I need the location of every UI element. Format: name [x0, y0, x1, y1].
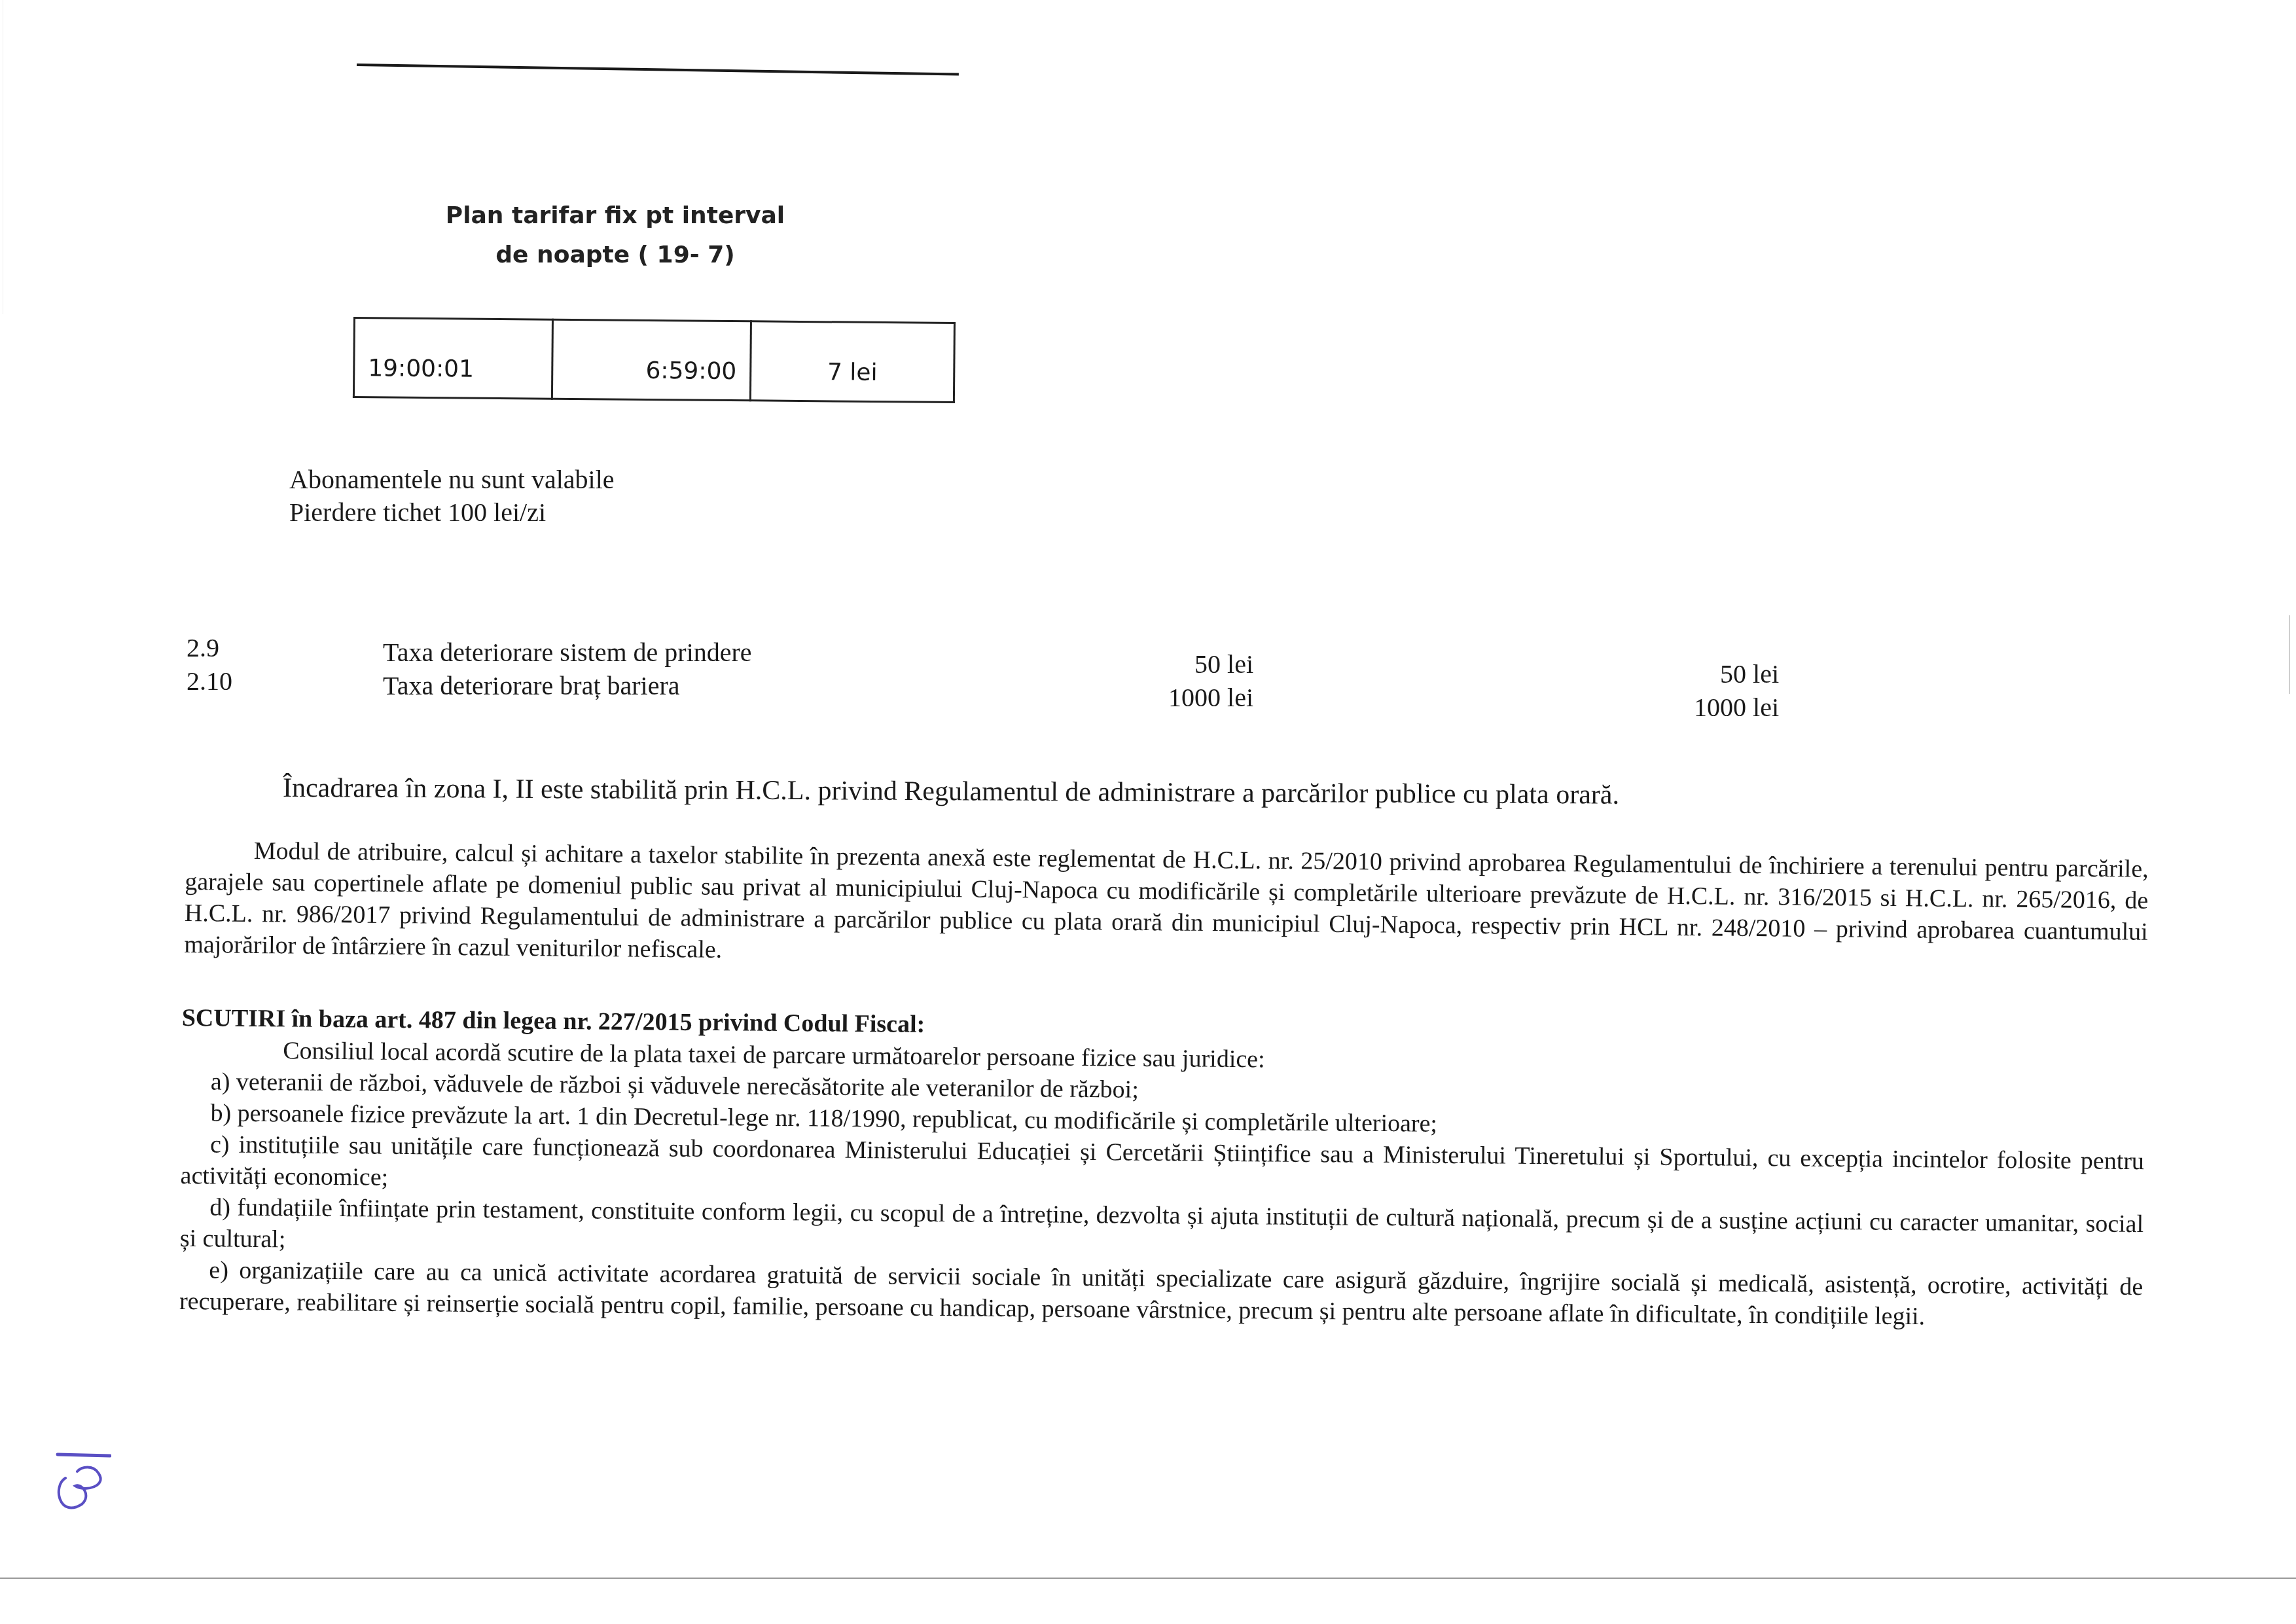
regulation-paragraph: Modul de atribuire, calcul și achitare a… [184, 835, 2149, 979]
fee-value-col2: 50 lei [1609, 658, 1779, 691]
zone-classification-text: Încadrarea în zona I, II este stabilită … [283, 772, 1619, 811]
fee-number: 2.10 [187, 665, 232, 698]
table-row: 19:00:01 6:59:00 7 lei [353, 318, 954, 403]
handwritten-page-number [46, 1447, 111, 1512]
regulation-text: Modul de atribuire, calcul și achitare a… [184, 835, 2149, 979]
fee-value-col2: 1000 lei [1609, 691, 1779, 724]
start-time-cell: 19:00:01 [353, 318, 552, 399]
exemptions-section: SCUTIRI în baza art. 487 din legea nr. 2… [179, 1001, 2145, 1334]
bottom-rule [0, 1578, 2296, 1579]
fee-number: 2.9 [187, 632, 219, 664]
top-rule [357, 63, 959, 75]
plan-title-line1: Plan tarifar fix pt interval [406, 196, 825, 236]
scan-edge-right [2289, 615, 2290, 694]
price-cell: 7 lei [750, 321, 954, 403]
subscription-note: Abonamentele nu sunt valabile [289, 463, 615, 496]
plan-title: Plan tarifar fix pt interval de noapte (… [406, 196, 825, 275]
fee-value-col1: 50 lei [1083, 648, 1253, 681]
night-tariff-table: 19:00:01 6:59:00 7 lei [353, 317, 956, 403]
fee-value-col1: 1000 lei [1083, 681, 1253, 714]
fee-label: Taxa deteriorare sistem de prindere [383, 636, 752, 669]
fee-label: Taxa deteriorare braț bariera [383, 670, 680, 702]
lost-ticket-note: Pierdere tichet 100 lei/zi [289, 496, 546, 529]
plan-title-line2: de noapte ( 19- 7) [406, 236, 825, 275]
scan-edge-left [3, 0, 3, 314]
handwritten-three-icon [46, 1447, 111, 1512]
end-time-cell: 6:59:00 [552, 319, 751, 401]
